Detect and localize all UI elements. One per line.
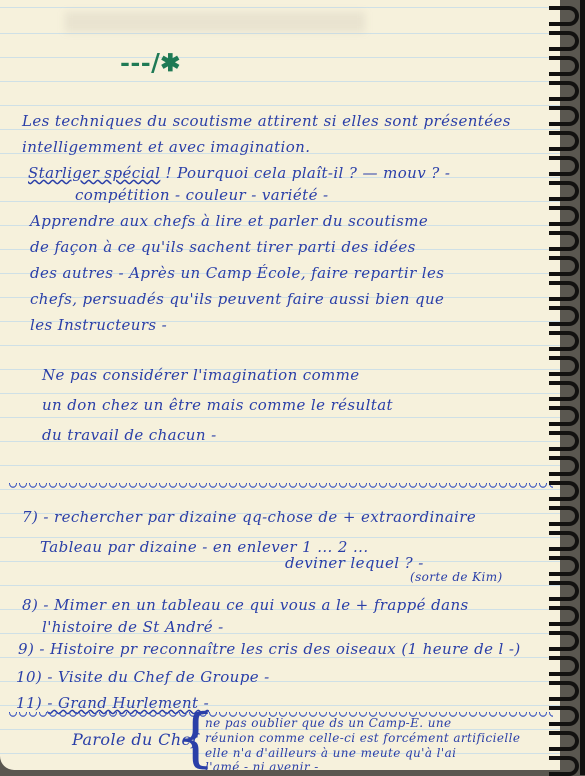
spiral-coil [549,631,579,651]
spiral-coil [549,331,579,351]
paragraph-1-line-2: intelligemment et avec imagination. [22,138,310,156]
item-number: 11) [16,694,42,712]
spiral-coil [549,681,579,701]
parole-line-4: l'amé - ni avenir - [205,760,319,770]
item-number: 10) [16,668,42,686]
spiral-coil [549,531,579,551]
item-text: - Visite du Chef de Groupe - [47,668,269,686]
spiral-coil [549,406,579,426]
spiral-coil [549,456,579,476]
spiral-coil [549,231,579,251]
item-7-line-3: deviner lequel ? - [285,554,424,572]
item-text: - Histoire pr reconnaître les cris des o… [39,640,520,658]
list-item-8: 8) - Mimer en un tableau ce qui vous a l… [22,596,469,614]
paragraph-2-line-1: Apprendre aux chefs à lire et parler du … [30,212,428,230]
item-number: 7) [22,508,38,526]
item-number: 8) [22,596,38,614]
header-mark: ---/✱ [120,48,181,77]
paragraph-3-line-1: Ne pas considérer l'imagination comme [42,366,360,384]
paragraph-3-line-2: un don chez un être mais comme le résult… [42,396,393,414]
spiral-coil [549,206,579,226]
paragraph-1-line-1: Les techniques du scoutisme attirent si … [22,112,511,130]
spiral-coil [549,56,579,76]
spiral-coil [549,6,579,26]
spiral-coil [549,156,579,176]
spiral-coil [549,256,579,276]
spiral-coil [549,131,579,151]
spiral-spine [580,0,585,775]
wavy-divider-1 [8,483,553,489]
spiral-coil [549,381,579,401]
spiral-coil [549,656,579,676]
list-item-7: 7) - rechercher par dizaine qq-chose de … [22,508,476,526]
spiral-coil [549,106,579,126]
parole-line-3: elle n'a d'ailleurs à une meute qu'à l'a… [205,746,456,760]
spiral-coil [549,706,579,726]
item-text: - rechercher par dizaine qq-chose de + e… [43,508,476,526]
list-item-10: 10) - Visite du Chef de Groupe - [16,668,270,686]
spiral-coil [549,31,579,51]
paragraph-2-line-4: chefs, persuadés qu'ils peuvent faire au… [30,290,444,308]
paragraph-3-line-3: du travail de chacun - [42,426,217,444]
paragraph-2-line-3: des autres - Après un Camp École, faire … [30,264,444,282]
paper-stain [65,12,365,32]
item-8-line-2: l'histoire de St André - [42,618,224,636]
notebook-page: ---/✱ Les techniques du scoutisme attire… [0,0,560,770]
item-text: - Mimer en un tableau ce qui vous a le +… [43,596,468,614]
item-number: 9) [18,640,34,658]
heading-rest: ! Pourquoi cela plaît-il ? — mouv ? - [166,164,451,182]
spiral-coil [549,356,579,376]
qualities-line: compétition - couleur - variété - [75,186,329,204]
heading-underlined: Starliger spécial [28,164,160,182]
spiral-coil [549,181,579,201]
spiral-coil [549,81,579,101]
spiral-coil [549,281,579,301]
spiral-coil [549,606,579,626]
item-7-line-4: (sorte de Kim) [410,570,503,584]
spiral-coil [549,756,579,775]
heading-line: Starliger spécial ! Pourquoi cela plaît-… [28,164,450,182]
spiral-coil [549,556,579,576]
spiral-coil [549,431,579,451]
spiral-coil [549,731,579,751]
list-item-9: 9) - Histoire pr reconnaître les cris de… [18,640,521,658]
parole-line-1: ne pas oublier que ds un Camp-E. une [205,716,451,730]
parole-line-2: réunion comme celle-ci est forcément art… [205,731,520,745]
spiral-coil [549,481,579,501]
spiral-coil [549,306,579,326]
spiral-coil [549,581,579,601]
paragraph-2-line-2: de façon à ce qu'ils sachent tirer parti… [30,238,416,256]
spiral-binding [555,0,585,775]
spiral-coil [549,506,579,526]
paragraph-2-line-5: les Instructeurs - [30,316,167,334]
